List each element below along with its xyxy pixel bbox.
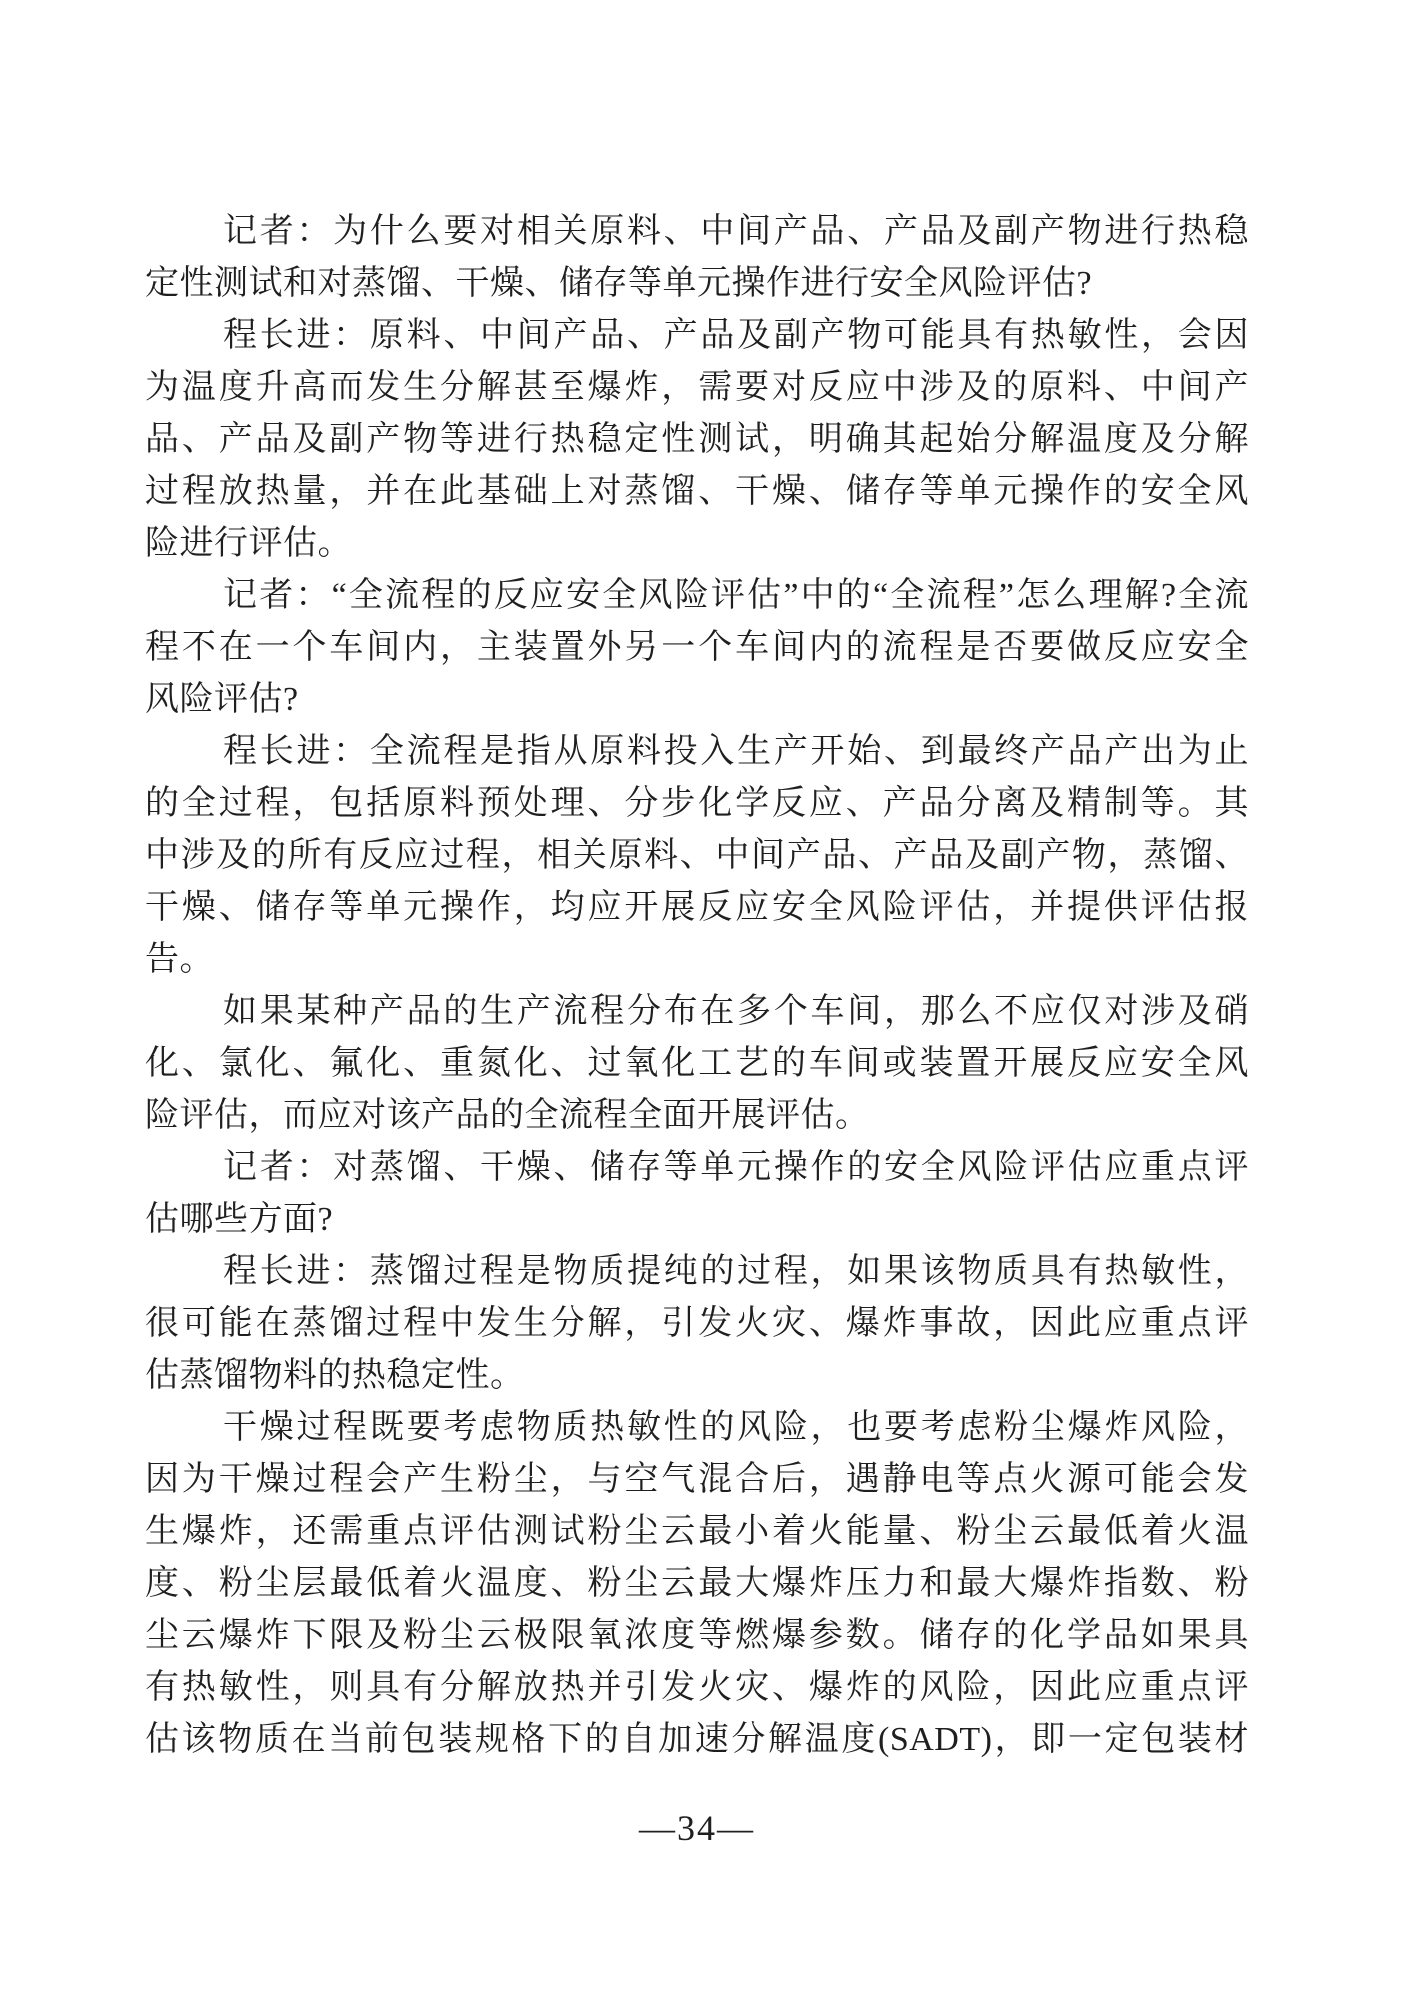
text-line: 有热敏性，则具有分解放热并引发火灾、爆炸的风险，因此应重点评 (145, 1662, 1249, 1714)
text-line: 记者：“全流程的反应安全风险评估”中的“全流程”怎么理解?全流 (145, 570, 1249, 622)
text-line: 记者：对蒸馏、干燥、储存等单元操作的安全风险评估应重点评 (145, 1142, 1249, 1194)
text-line: 很可能在蒸馏过程中发生分解，引发火灾、爆炸事故，因此应重点评 (145, 1298, 1249, 1350)
text-line: 险进行评估。 (145, 518, 1249, 570)
text-line: 化、氯化、氟化、重氮化、过氧化工艺的车间或装置开展反应安全风 (145, 1038, 1249, 1090)
page-number: —34— (145, 1802, 1249, 1854)
text-line: 险评估，而应对该产品的全流程全面开展评估。 (145, 1090, 1249, 1142)
text-line: 尘云爆炸下限及粉尘云极限氧浓度等燃爆参数。储存的化学品如果具 (145, 1610, 1249, 1662)
text-line: 记者：为什么要对相关原料、中间产品、产品及副产物进行热稳 (145, 206, 1249, 258)
text-line: 程长进：蒸馏过程是物质提纯的过程，如果该物质具有热敏性， (145, 1246, 1249, 1298)
text-line: 品、产品及副产物等进行热稳定性测试，明确其起始分解温度及分解 (145, 414, 1249, 466)
paragraph-answer-2-continued: 如果某种产品的生产流程分布在多个车间，那么不应仅对涉及硝 化、氯化、氟化、重氮化… (145, 986, 1249, 1142)
text-line: 告。 (145, 934, 1249, 986)
text-line: 度、粉尘层最低着火温度、粉尘云最大爆炸压力和最大爆炸指数、粉 (145, 1558, 1249, 1610)
text-line: 干燥、储存等单元操作，均应开展反应安全风险评估，并提供评估报 (145, 882, 1249, 934)
text-line: 定性测试和对蒸馏、干燥、储存等单元操作进行安全风险评估? (145, 258, 1249, 310)
text-line: 的全过程，包括原料预处理、分步化学反应、产品分离及精制等。其 (145, 778, 1249, 830)
text-line: 为温度升高而发生分解甚至爆炸，需要对反应中涉及的原料、中间产 (145, 362, 1249, 414)
paragraph-answer-2: 程长进：全流程是指从原料投入生产开始、到最终产品产出为止 的全过程，包括原料预处… (145, 726, 1249, 986)
paragraph-question-2: 记者：“全流程的反应安全风险评估”中的“全流程”怎么理解?全流 程不在一个车间内… (145, 570, 1249, 726)
text-line: 中涉及的所有反应过程，相关原料、中间产品、产品及副产物，蒸馏、 (145, 830, 1249, 882)
text-line: 程长进：原料、中间产品、产品及副产物可能具有热敏性，会因 (145, 310, 1249, 362)
paragraph-answer-1: 程长进：原料、中间产品、产品及副产物可能具有热敏性，会因 为温度升高而发生分解甚… (145, 310, 1249, 570)
text-line: 过程放热量，并在此基础上对蒸馏、干燥、储存等单元操作的安全风 (145, 466, 1249, 518)
paragraph-answer-3: 程长进：蒸馏过程是物质提纯的过程，如果该物质具有热敏性， 很可能在蒸馏过程中发生… (145, 1246, 1249, 1402)
text-line: 估蒸馏物料的热稳定性。 (145, 1350, 1249, 1402)
document-body: 记者：为什么要对相关原料、中间产品、产品及副产物进行热稳 定性测试和对蒸馏、干燥… (145, 206, 1249, 1766)
text-line: 估哪些方面? (145, 1194, 1249, 1246)
text-line: 程不在一个车间内，主装置外另一个车间内的流程是否要做反应安全 (145, 622, 1249, 674)
document-page: 记者：为什么要对相关原料、中间产品、产品及副产物进行热稳 定性测试和对蒸馏、干燥… (0, 0, 1415, 2000)
paragraph-question-1: 记者：为什么要对相关原料、中间产品、产品及副产物进行热稳 定性测试和对蒸馏、干燥… (145, 206, 1249, 310)
text-line: 风险评估? (145, 674, 1249, 726)
text-line: 因为干燥过程会产生粉尘，与空气混合后，遇静电等点火源可能会发 (145, 1454, 1249, 1506)
text-line: 生爆炸，还需重点评估测试粉尘云最小着火能量、粉尘云最低着火温 (145, 1506, 1249, 1558)
paragraph-question-3: 记者：对蒸馏、干燥、储存等单元操作的安全风险评估应重点评 估哪些方面? (145, 1142, 1249, 1246)
text-line: 如果某种产品的生产流程分布在多个车间，那么不应仅对涉及硝 (145, 986, 1249, 1038)
paragraph-answer-3-continued: 干燥过程既要考虑物质热敏性的风险，也要考虑粉尘爆炸风险， 因为干燥过程会产生粉尘… (145, 1402, 1249, 1766)
text-line: 干燥过程既要考虑物质热敏性的风险，也要考虑粉尘爆炸风险， (145, 1402, 1249, 1454)
text-line: 程长进：全流程是指从原料投入生产开始、到最终产品产出为止 (145, 726, 1249, 778)
text-line: 估该物质在当前包装规格下的自加速分解温度(SADT)，即一定包装材 (145, 1714, 1249, 1766)
